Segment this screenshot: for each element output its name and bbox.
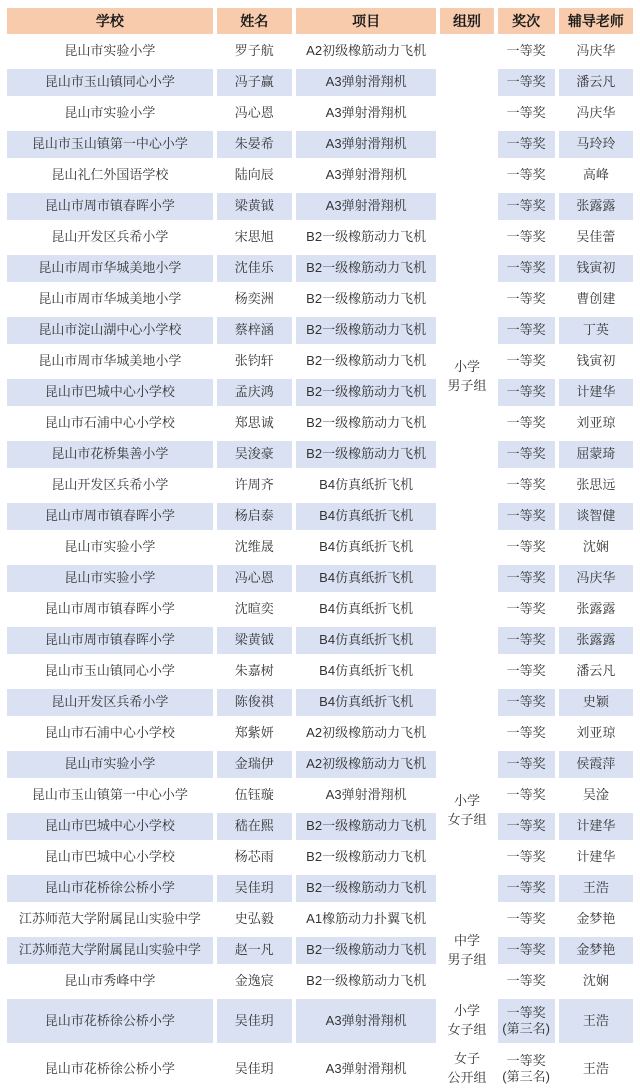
header-coach: 辅导老师 — [559, 8, 633, 34]
project-cell: B2一级橡筋动力飞机 — [296, 286, 436, 313]
award-cell: 一等奖 — [498, 813, 555, 840]
name-cell: 郑紫妍 — [217, 720, 292, 747]
name-cell: 史弘毅 — [217, 906, 292, 933]
name-cell: 郑思诚 — [217, 410, 292, 437]
group-cell: 小学男子组 — [440, 38, 493, 716]
school-cell: 昆山市周市镇春晖小学 — [7, 503, 213, 530]
school-cell: 江苏师范大学附属昆山实验中学 — [7, 937, 213, 964]
name-cell: 沈佳乐 — [217, 255, 292, 282]
award-cell: 一等奖 — [498, 503, 555, 530]
name-cell: 伍钰璇 — [217, 782, 292, 809]
award-cell: 一等奖 — [498, 410, 555, 437]
school-cell: 昆山市实验小学 — [7, 100, 213, 127]
header-group: 组别 — [440, 8, 493, 34]
school-cell: 昆山市玉山镇第一中心小学 — [7, 782, 213, 809]
award-cell: 一等奖 — [498, 689, 555, 716]
project-cell: B4仿真纸折飞机 — [296, 689, 436, 716]
name-cell: 杨芯雨 — [217, 844, 292, 871]
name-cell: 梁黄钺 — [217, 627, 292, 654]
project-cell: B2一级橡筋动力飞机 — [296, 968, 436, 995]
coach-cell: 高峰 — [559, 162, 633, 189]
coach-cell: 王浩 — [559, 1047, 633, 1089]
award-cell: 一等奖 — [498, 69, 555, 96]
project-cell: B4仿真纸折飞机 — [296, 658, 436, 685]
school-cell: 昆山市周市华城美地小学 — [7, 348, 213, 375]
name-cell: 杨奕洲 — [217, 286, 292, 313]
name-cell: 冯子赢 — [217, 69, 292, 96]
group-cell: 女子公开组 — [440, 1047, 493, 1089]
school-cell: 昆山市玉山镇同心小学 — [7, 69, 213, 96]
table-row: 昆山市实验小学金瑞伊A2初级橡筋动力飞机一等奖侯霞萍 — [7, 751, 633, 778]
school-cell: 昆山开发区兵希小学 — [7, 689, 213, 716]
coach-cell: 沈娴 — [559, 534, 633, 561]
header-name: 姓名 — [217, 8, 292, 34]
name-cell: 冯心恩 — [217, 100, 292, 127]
school-cell: 昆山市花桥集善小学 — [7, 441, 213, 468]
project-cell: B2一级橡筋动力飞机 — [296, 844, 436, 871]
table-row: 昆山市花桥徐公桥小学吴佳玥B2一级橡筋动力飞机一等奖王浩 — [7, 875, 633, 902]
table-row: 昆山市周市镇春晖小学梁黄钺A3弹射滑翔机一等奖张露露 — [7, 193, 633, 220]
header-school: 学校 — [7, 8, 213, 34]
table-row: 昆山市花桥徐公桥小学吴佳玥A3弹射滑翔机女子公开组一等奖(第三名)王浩 — [7, 1047, 633, 1089]
coach-cell: 计建华 — [559, 813, 633, 840]
name-cell: 蔡梓涵 — [217, 317, 292, 344]
coach-cell: 潘云凡 — [559, 658, 633, 685]
school-cell: 昆山市秀峰中学 — [7, 968, 213, 995]
table-row: 昆山市周市镇春晖小学杨启泰B4仿真纸折飞机一等奖谈智健 — [7, 503, 633, 530]
coach-cell: 张露露 — [559, 596, 633, 623]
name-cell: 朱晏希 — [217, 131, 292, 158]
award-cell: 一等奖 — [498, 906, 555, 933]
coach-cell: 侯霞萍 — [559, 751, 633, 778]
award-cell: 一等奖 — [498, 472, 555, 499]
table-row: 昆山市秀峰中学金逸宸B2一级橡筋动力飞机一等奖沈娴 — [7, 968, 633, 995]
table-row: 昆山市巴城中心小学校杨芯雨B2一级橡筋动力飞机一等奖计建华 — [7, 844, 633, 871]
table-row: 江苏师范大学附属昆山实验中学赵一凡B2一级橡筋动力飞机一等奖金梦艳 — [7, 937, 633, 964]
school-cell: 昆山市周市华城美地小学 — [7, 255, 213, 282]
award-cell: 一等奖 — [498, 131, 555, 158]
award-cell: 一等奖 — [498, 100, 555, 127]
coach-cell: 屈蒙琦 — [559, 441, 633, 468]
table-row: 昆山市周市镇春晖小学梁黄钺B4仿真纸折飞机一等奖张露露 — [7, 627, 633, 654]
header-award: 奖次 — [498, 8, 555, 34]
coach-cell: 钱寅初 — [559, 348, 633, 375]
group-cell: 小学女子组 — [440, 999, 493, 1043]
results-table-body: 昆山市实验小学罗子航A2初级橡筋动力飞机小学男子组一等奖冯庆华昆山市玉山镇同心小… — [7, 38, 633, 1089]
name-cell: 赵一凡 — [217, 937, 292, 964]
coach-cell: 金梦艳 — [559, 937, 633, 964]
name-cell: 梁黄钺 — [217, 193, 292, 220]
school-cell: 昆山市巴城中心小学校 — [7, 379, 213, 406]
school-cell: 昆山开发区兵希小学 — [7, 472, 213, 499]
header-row: 学校 姓名 项目 组别 奖次 辅导老师 — [7, 8, 633, 34]
table-row: 昆山市淀山湖中心小学校蔡梓涵B2一级橡筋动力飞机一等奖丁英 — [7, 317, 633, 344]
table-row: 昆山市周市镇春晖小学沈暄奕B4仿真纸折飞机一等奖张露露 — [7, 596, 633, 623]
project-cell: A3弹射滑翔机 — [296, 100, 436, 127]
header-project: 项目 — [296, 8, 436, 34]
school-cell: 昆山市周市镇春晖小学 — [7, 596, 213, 623]
project-cell: B2一级橡筋动力飞机 — [296, 255, 436, 282]
project-cell: B2一级橡筋动力飞机 — [296, 937, 436, 964]
award-cell: 一等奖 — [498, 968, 555, 995]
award-cell: 一等奖 — [498, 38, 555, 65]
group-cell: 中学男子组 — [440, 906, 493, 995]
table-row: 昆山市巴城中心小学校孟庆鸿B2一级橡筋动力飞机一等奖计建华 — [7, 379, 633, 406]
award-cell: 一等奖 — [498, 627, 555, 654]
name-cell: 陈俊祺 — [217, 689, 292, 716]
school-cell: 昆山市石浦中心小学校 — [7, 720, 213, 747]
award-cell: 一等奖(第三名) — [498, 1047, 555, 1089]
project-cell: B4仿真纸折飞机 — [296, 565, 436, 592]
project-cell: B2一级橡筋动力飞机 — [296, 379, 436, 406]
table-row: 昆山市玉山镇第一中心小学朱晏希A3弹射滑翔机一等奖马玲玲 — [7, 131, 633, 158]
coach-cell: 冯庆华 — [559, 565, 633, 592]
school-cell: 昆山市花桥徐公桥小学 — [7, 1047, 213, 1089]
coach-cell: 吴佳蕾 — [559, 224, 633, 251]
school-cell: 昆山市巴城中心小学校 — [7, 844, 213, 871]
project-cell: B2一级橡筋动力飞机 — [296, 441, 436, 468]
award-cell: 一等奖 — [498, 348, 555, 375]
coach-cell: 钱寅初 — [559, 255, 633, 282]
table-row: 昆山市实验小学罗子航A2初级橡筋动力飞机小学男子组一等奖冯庆华 — [7, 38, 633, 65]
coach-cell: 张露露 — [559, 193, 633, 220]
award-cell: 一等奖 — [498, 255, 555, 282]
project-cell: B2一级橡筋动力飞机 — [296, 348, 436, 375]
school-cell: 昆山市周市华城美地小学 — [7, 286, 213, 313]
coach-cell: 冯庆华 — [559, 38, 633, 65]
project-cell: B4仿真纸折飞机 — [296, 627, 436, 654]
name-cell: 金逸宸 — [217, 968, 292, 995]
project-cell: A3弹射滑翔机 — [296, 162, 436, 189]
award-cell: 一等奖 — [498, 317, 555, 344]
table-row: 昆山开发区兵希小学陈俊祺B4仿真纸折飞机一等奖史颖 — [7, 689, 633, 716]
school-cell: 昆山市周市镇春晖小学 — [7, 193, 213, 220]
name-cell: 沈暄奕 — [217, 596, 292, 623]
award-cell: 一等奖 — [498, 720, 555, 747]
award-cell: 一等奖 — [498, 224, 555, 251]
project-cell: B4仿真纸折飞机 — [296, 503, 436, 530]
table-row: 昆山市玉山镇第一中心小学伍钰璇A3弹射滑翔机一等奖吴淦 — [7, 782, 633, 809]
coach-cell: 计建华 — [559, 844, 633, 871]
coach-cell: 刘亚琼 — [559, 410, 633, 437]
table-row: 昆山市周市华城美地小学张钧轩B2一级橡筋动力飞机一等奖钱寅初 — [7, 348, 633, 375]
name-cell: 吴佳玥 — [217, 1047, 292, 1089]
award-cell: 一等奖 — [498, 565, 555, 592]
school-cell: 昆山市石浦中心小学校 — [7, 410, 213, 437]
project-cell: A3弹射滑翔机 — [296, 131, 436, 158]
project-cell: B2一级橡筋动力飞机 — [296, 224, 436, 251]
project-cell: B2一级橡筋动力飞机 — [296, 410, 436, 437]
coach-cell: 沈娴 — [559, 968, 633, 995]
award-cell: 一等奖 — [498, 937, 555, 964]
table-row: 昆山市石浦中心小学校郑思诚B2一级橡筋动力飞机一等奖刘亚琼 — [7, 410, 633, 437]
school-cell: 昆山市淀山湖中心小学校 — [7, 317, 213, 344]
table-row: 江苏师范大学附属昆山实验中学史弘毅A1橡筋动力扑翼飞机中学男子组一等奖金梦艳 — [7, 906, 633, 933]
name-cell: 沈维晟 — [217, 534, 292, 561]
project-cell: B2一级橡筋动力飞机 — [296, 317, 436, 344]
awards-table: 学校 姓名 项目 组别 奖次 辅导老师 昆山市实验小学罗子航A2初级橡筋动力飞机… — [3, 4, 637, 1089]
coach-cell: 张思远 — [559, 472, 633, 499]
table-row: 昆山市周市华城美地小学沈佳乐B2一级橡筋动力飞机一等奖钱寅初 — [7, 255, 633, 282]
name-cell: 朱嘉树 — [217, 658, 292, 685]
coach-cell: 王浩 — [559, 875, 633, 902]
project-cell: A2初级橡筋动力飞机 — [296, 751, 436, 778]
coach-cell: 谈智健 — [559, 503, 633, 530]
coach-cell: 刘亚琼 — [559, 720, 633, 747]
table-header: 学校 姓名 项目 组别 奖次 辅导老师 — [7, 8, 633, 34]
name-cell: 孟庆鸿 — [217, 379, 292, 406]
table-row: 昆山市玉山镇同心小学朱嘉树B4仿真纸折飞机一等奖潘云凡 — [7, 658, 633, 685]
project-cell: B4仿真纸折飞机 — [296, 596, 436, 623]
award-cell: 一等奖 — [498, 844, 555, 871]
coach-cell: 史颖 — [559, 689, 633, 716]
project-cell: A2初级橡筋动力飞机 — [296, 38, 436, 65]
coach-cell: 计建华 — [559, 379, 633, 406]
table-row: 昆山市周市华城美地小学杨奕洲B2一级橡筋动力飞机一等奖曹创建 — [7, 286, 633, 313]
coach-cell: 张露露 — [559, 627, 633, 654]
coach-cell: 吴淦 — [559, 782, 633, 809]
name-cell: 吴浚豪 — [217, 441, 292, 468]
award-cell: 一等奖 — [498, 441, 555, 468]
school-cell: 昆山市花桥徐公桥小学 — [7, 875, 213, 902]
award-cell: 一等奖 — [498, 162, 555, 189]
table-row: 昆山市实验小学冯心恩A3弹射滑翔机一等奖冯庆华 — [7, 100, 633, 127]
school-cell: 昆山市玉山镇第一中心小学 — [7, 131, 213, 158]
award-cell: 一等奖 — [498, 751, 555, 778]
school-cell: 昆山市实验小学 — [7, 751, 213, 778]
school-cell: 昆山市周市镇春晖小学 — [7, 627, 213, 654]
school-cell: 昆山市实验小学 — [7, 534, 213, 561]
award-cell: 一等奖 — [498, 596, 555, 623]
name-cell: 吴佳玥 — [217, 875, 292, 902]
coach-cell: 王浩 — [559, 999, 633, 1043]
project-cell: B2一级橡筋动力飞机 — [296, 813, 436, 840]
coach-cell: 马玲玲 — [559, 131, 633, 158]
school-cell: 江苏师范大学附属昆山实验中学 — [7, 906, 213, 933]
coach-cell: 冯庆华 — [559, 100, 633, 127]
school-cell: 昆山市巴城中心小学校 — [7, 813, 213, 840]
coach-cell: 丁英 — [559, 317, 633, 344]
table-row: 昆山市石浦中心小学校郑紫妍A2初级橡筋动力飞机小学女子组一等奖刘亚琼 — [7, 720, 633, 747]
coach-cell: 潘云凡 — [559, 69, 633, 96]
table-row: 昆山市玉山镇同心小学冯子赢A3弹射滑翔机一等奖潘云凡 — [7, 69, 633, 96]
school-cell: 昆山市实验小学 — [7, 38, 213, 65]
school-cell: 昆山市玉山镇同心小学 — [7, 658, 213, 685]
name-cell: 罗子航 — [217, 38, 292, 65]
project-cell: B2一级橡筋动力飞机 — [296, 875, 436, 902]
school-cell: 昆山市花桥徐公桥小学 — [7, 999, 213, 1043]
project-cell: A1橡筋动力扑翼飞机 — [296, 906, 436, 933]
project-cell: A2初级橡筋动力飞机 — [296, 720, 436, 747]
table-row: 昆山市实验小学冯心恩B4仿真纸折飞机一等奖冯庆华 — [7, 565, 633, 592]
award-cell: 一等奖 — [498, 286, 555, 313]
award-cell: 一等奖 — [498, 379, 555, 406]
coach-cell: 金梦艳 — [559, 906, 633, 933]
table-row: 昆山市巴城中心小学校嵇在熙B2一级橡筋动力飞机一等奖计建华 — [7, 813, 633, 840]
school-cell: 昆山礼仁外国语学校 — [7, 162, 213, 189]
coach-cell: 曹创建 — [559, 286, 633, 313]
table-row: 昆山市花桥徐公桥小学吴佳玥A3弹射滑翔机小学女子组一等奖(第三名)王浩 — [7, 999, 633, 1043]
name-cell: 吴佳玥 — [217, 999, 292, 1043]
group-cell: 小学女子组 — [440, 720, 493, 902]
award-cell: 一等奖 — [498, 658, 555, 685]
name-cell: 嵇在熙 — [217, 813, 292, 840]
name-cell: 金瑞伊 — [217, 751, 292, 778]
project-cell: A3弹射滑翔机 — [296, 193, 436, 220]
name-cell: 宋思旭 — [217, 224, 292, 251]
project-cell: B4仿真纸折飞机 — [296, 534, 436, 561]
table-row: 昆山市花桥集善小学吴浚豪B2一级橡筋动力飞机一等奖屈蒙琦 — [7, 441, 633, 468]
name-cell: 张钧轩 — [217, 348, 292, 375]
name-cell: 冯心恩 — [217, 565, 292, 592]
award-cell: 一等奖 — [498, 875, 555, 902]
project-cell: A3弹射滑翔机 — [296, 1047, 436, 1089]
table-row: 昆山开发区兵希小学许周齐B4仿真纸折飞机一等奖张思远 — [7, 472, 633, 499]
name-cell: 陆向辰 — [217, 162, 292, 189]
award-cell: 一等奖(第三名) — [498, 999, 555, 1043]
project-cell: B4仿真纸折飞机 — [296, 472, 436, 499]
award-cell: 一等奖 — [498, 193, 555, 220]
name-cell: 许周齐 — [217, 472, 292, 499]
school-cell: 昆山市实验小学 — [7, 565, 213, 592]
award-cell: 一等奖 — [498, 534, 555, 561]
school-cell: 昆山开发区兵希小学 — [7, 224, 213, 251]
table-row: 昆山礼仁外国语学校陆向辰A3弹射滑翔机一等奖高峰 — [7, 162, 633, 189]
award-cell: 一等奖 — [498, 782, 555, 809]
project-cell: A3弹射滑翔机 — [296, 69, 436, 96]
table-row: 昆山开发区兵希小学宋思旭B2一级橡筋动力飞机一等奖吴佳蕾 — [7, 224, 633, 251]
project-cell: A3弹射滑翔机 — [296, 999, 436, 1043]
name-cell: 杨启泰 — [217, 503, 292, 530]
project-cell: A3弹射滑翔机 — [296, 782, 436, 809]
table-row: 昆山市实验小学沈维晟B4仿真纸折飞机一等奖沈娴 — [7, 534, 633, 561]
